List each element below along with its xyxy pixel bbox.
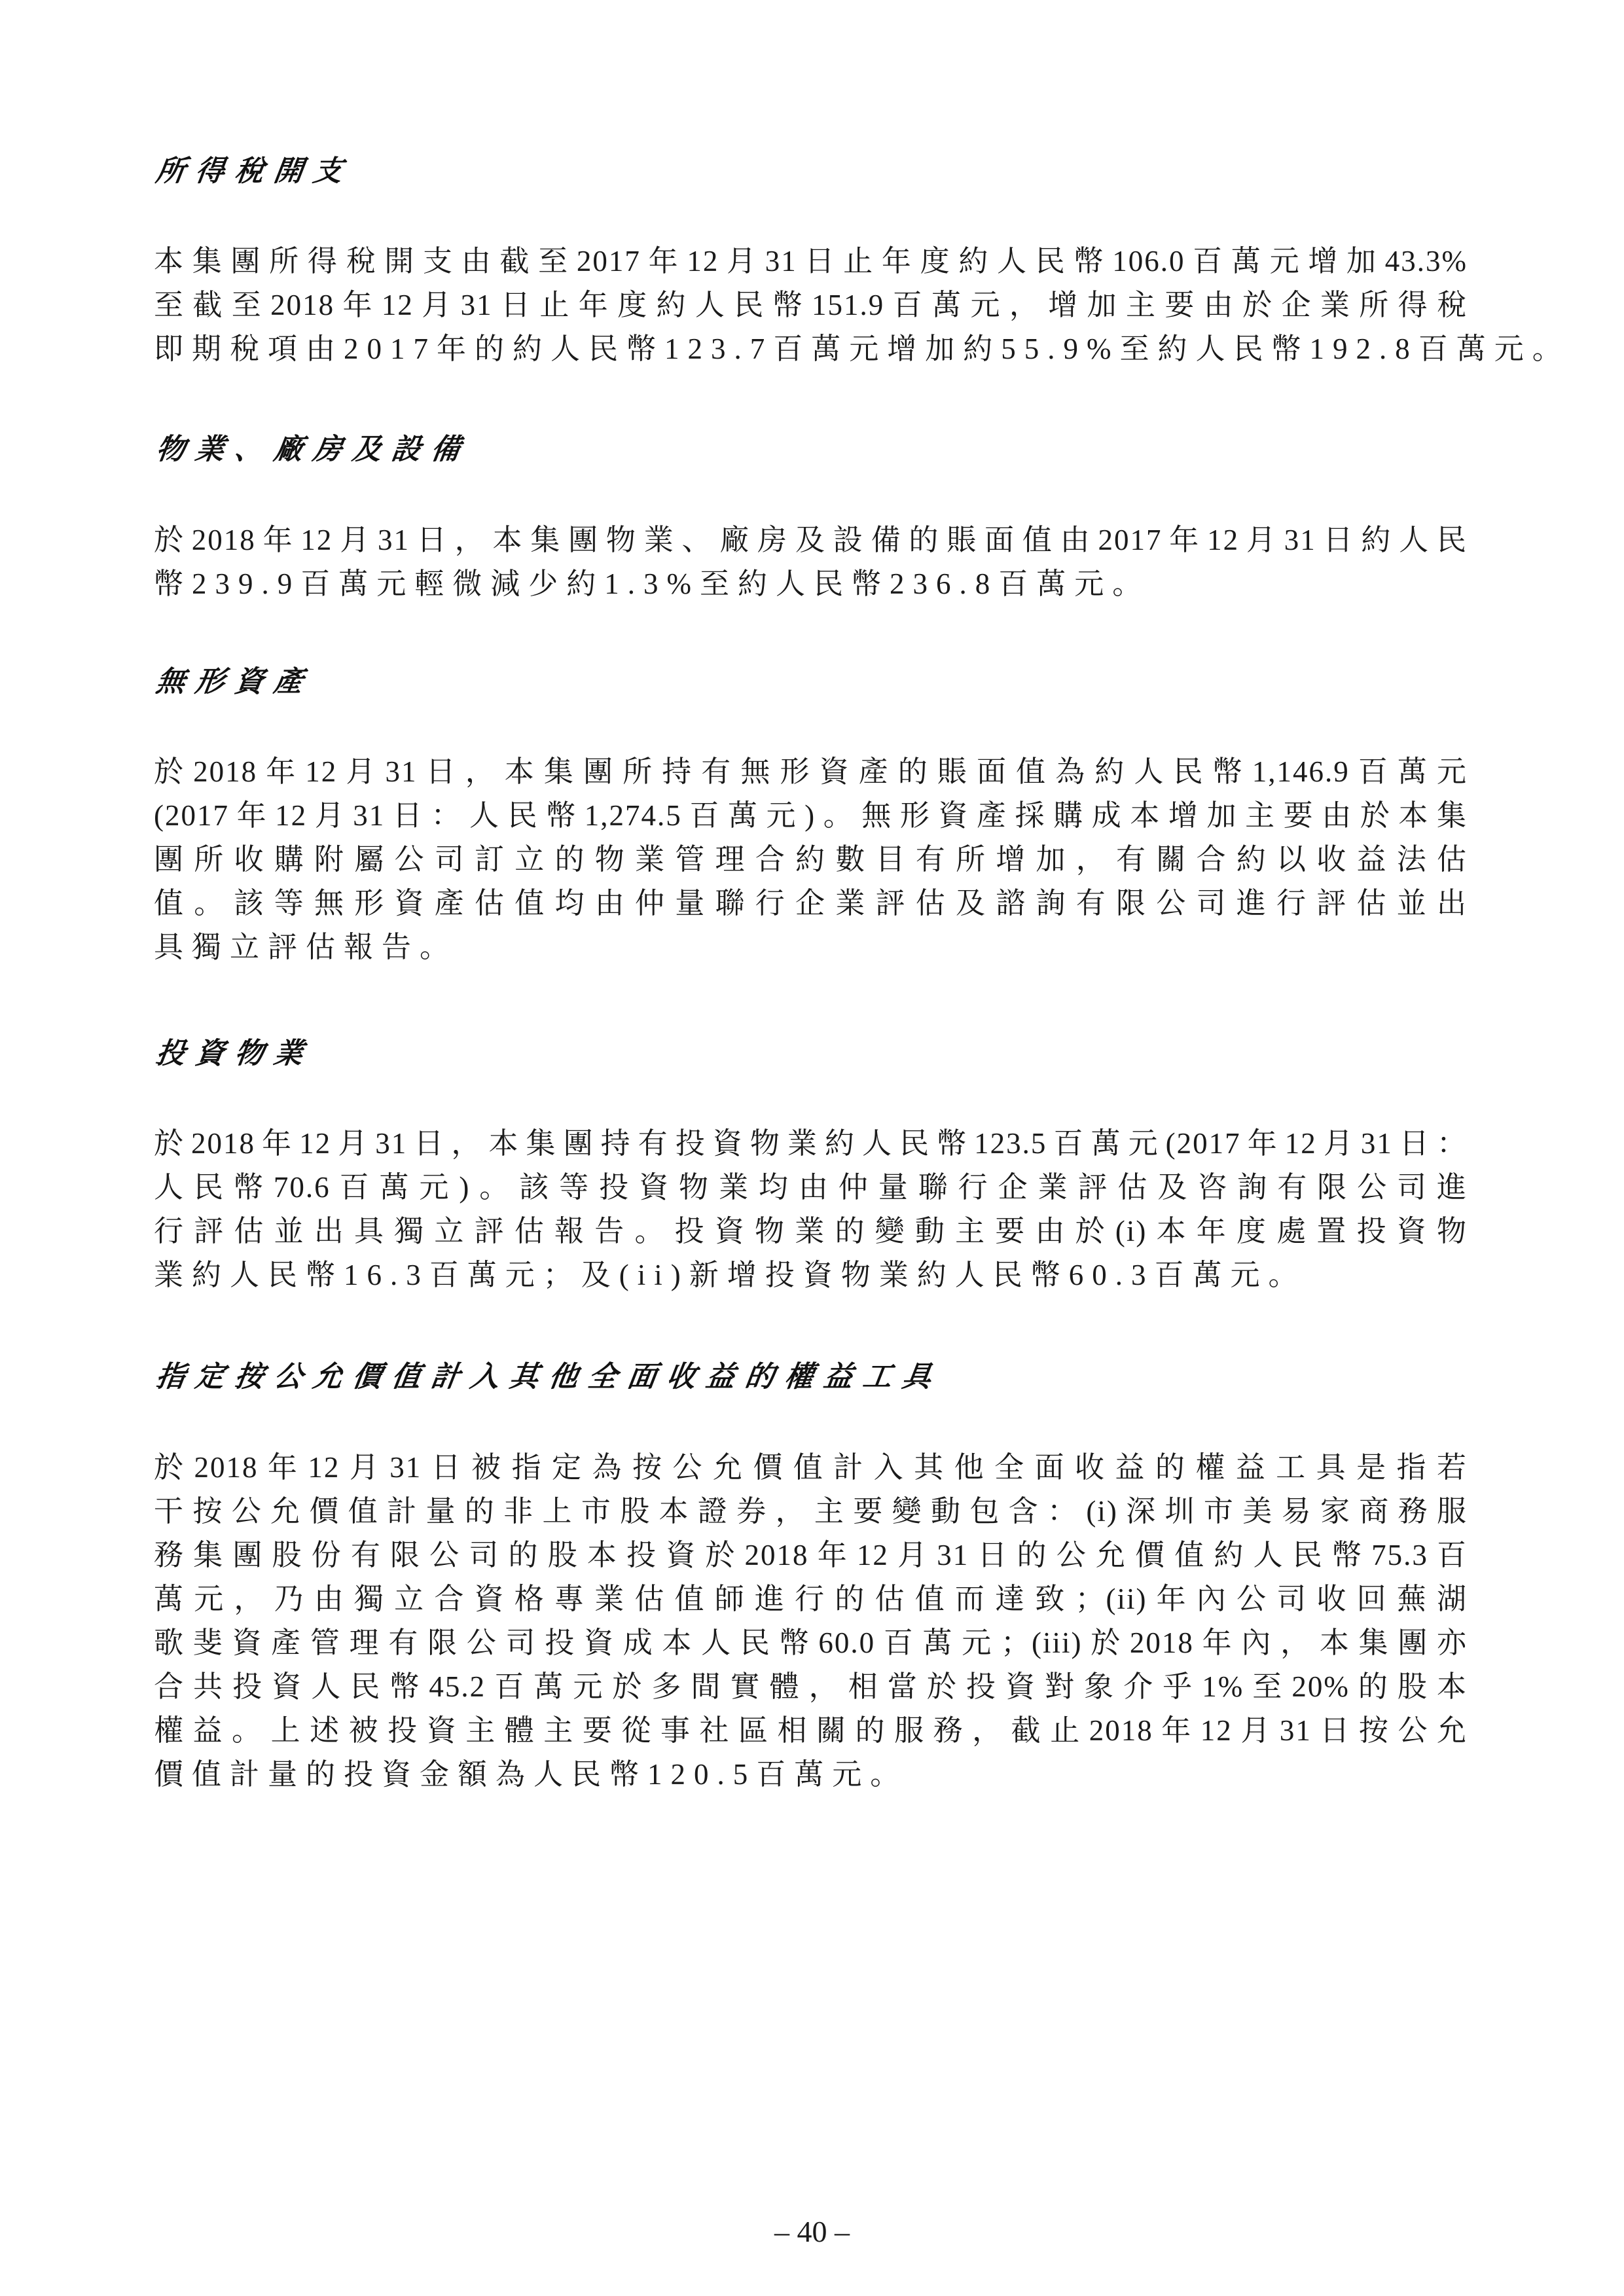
section-heading-equity-instruments-fvoci: 指定按公允價值計入其他全面收益的權益工具 — [154, 1360, 944, 1394]
paragraph-line: 權益。上述被投資主體主要從事社區相關的服務，截止2018年12月31日按公允 — [154, 1713, 1468, 1757]
section-heading-intangible-assets: 無形資產 — [154, 665, 316, 699]
document-page: 所得稅開支 本集團所得稅開支由截至2017年12月31日止年度約人民幣106.0… — [0, 0, 1624, 2296]
paragraph-line: 至截至2018年12月31日止年度約人民幣151.9百萬元，增加主要由於企業所得… — [154, 287, 1468, 331]
section-heading-income-tax: 所得稅開支 — [154, 154, 355, 188]
paragraph-line: 干按公允價值計量的非上市股本證券，主要變動包含：(i)深圳市美易家商務服 — [154, 1494, 1468, 1537]
paragraph-line: 具獨立評估報告。 — [154, 929, 1468, 973]
paragraph-line: 於2018年12月31日，本集團持有投資物業約人民幣123.5百萬元(2017年… — [154, 1126, 1468, 1170]
paragraph-line: 萬元，乃由獨立合資格專業估值師進行的估值而達致；(ii)年內公司收回蕪湖 — [154, 1581, 1468, 1625]
paragraph-line: 歌斐資產管理有限公司投資成本人民幣60.0百萬元；(iii)於2018年內，本集… — [154, 1625, 1468, 1669]
paragraph-line: 團所收購附屬公司訂立的物業管理合約數目有所增加，有關合約以收益法估 — [154, 842, 1468, 886]
paragraph-line: 人民幣70.6百萬元)。該等投資物業均由仲量聯行企業評估及咨詢有限公司進 — [154, 1170, 1468, 1213]
paragraph-ppe: 於2018年12月31日，本集團物業、廠房及設備的賬面值由2017年12月31日… — [154, 522, 1468, 610]
paragraph-investment-properties: 於2018年12月31日，本集團持有投資物業約人民幣123.5百萬元(2017年… — [154, 1126, 1468, 1301]
paragraph-line: 於2018年12月31日，本集團所持有無形資產的賬面值為約人民幣1,146.9百… — [154, 754, 1468, 798]
paragraph-line: 業約人民幣16.3百萬元；及(ii)新增投資物業約人民幣60.3百萬元。 — [154, 1257, 1468, 1301]
paragraph-line: 即期稅項由2017年的約人民幣123.7百萬元增加約55.9%至約人民幣192.… — [154, 331, 1468, 375]
paragraph-line: 行評估並出具獨立評估報告。投資物業的變動主要由於(i)本年度處置投資物 — [154, 1213, 1468, 1257]
paragraph-line: 合共投資人民幣45.2百萬元於多間實體，相當於投資對象介乎1%至20%的股本 — [154, 1669, 1468, 1713]
paragraph-equity-instruments-fvoci: 於2018年12月31日被指定為按公允價值計入其他全面收益的權益工具是指若 干按… — [154, 1450, 1468, 1801]
paragraph-intangible-assets: 於2018年12月31日，本集團所持有無形資產的賬面值為約人民幣1,146.9百… — [154, 754, 1468, 973]
paragraph-line: 幣239.9百萬元輕微減少約1.3%至約人民幣236.8百萬元。 — [154, 566, 1468, 610]
paragraph-line: 值。該等無形資產估值均由仲量聯行企業評估及諮詢有限公司進行評估並出 — [154, 886, 1468, 929]
section-heading-ppe: 物業、廠房及設備 — [154, 433, 473, 467]
section-heading-investment-properties: 投資物業 — [154, 1037, 316, 1071]
page-number: – 40 – — [0, 2215, 1624, 2248]
paragraph-line: 於2018年12月31日被指定為按公允價值計入其他全面收益的權益工具是指若 — [154, 1450, 1468, 1494]
paragraph-line: 務集團股份有限公司的股本投資於2018年12月31日的公允價值約人民幣75.3百 — [154, 1537, 1468, 1581]
paragraph-line: 價值計量的投資金額為人民幣120.5百萬元。 — [154, 1757, 1468, 1801]
paragraph-line: (2017年12月31日：人民幣1,274.5百萬元)。無形資產採購成本增加主要… — [154, 798, 1468, 842]
paragraph-line: 於2018年12月31日，本集團物業、廠房及設備的賬面值由2017年12月31日… — [154, 522, 1468, 566]
paragraph-income-tax: 本集團所得稅開支由截至2017年12月31日止年度約人民幣106.0百萬元增加4… — [154, 243, 1468, 375]
paragraph-line: 本集團所得稅開支由截至2017年12月31日止年度約人民幣106.0百萬元增加4… — [154, 243, 1468, 287]
